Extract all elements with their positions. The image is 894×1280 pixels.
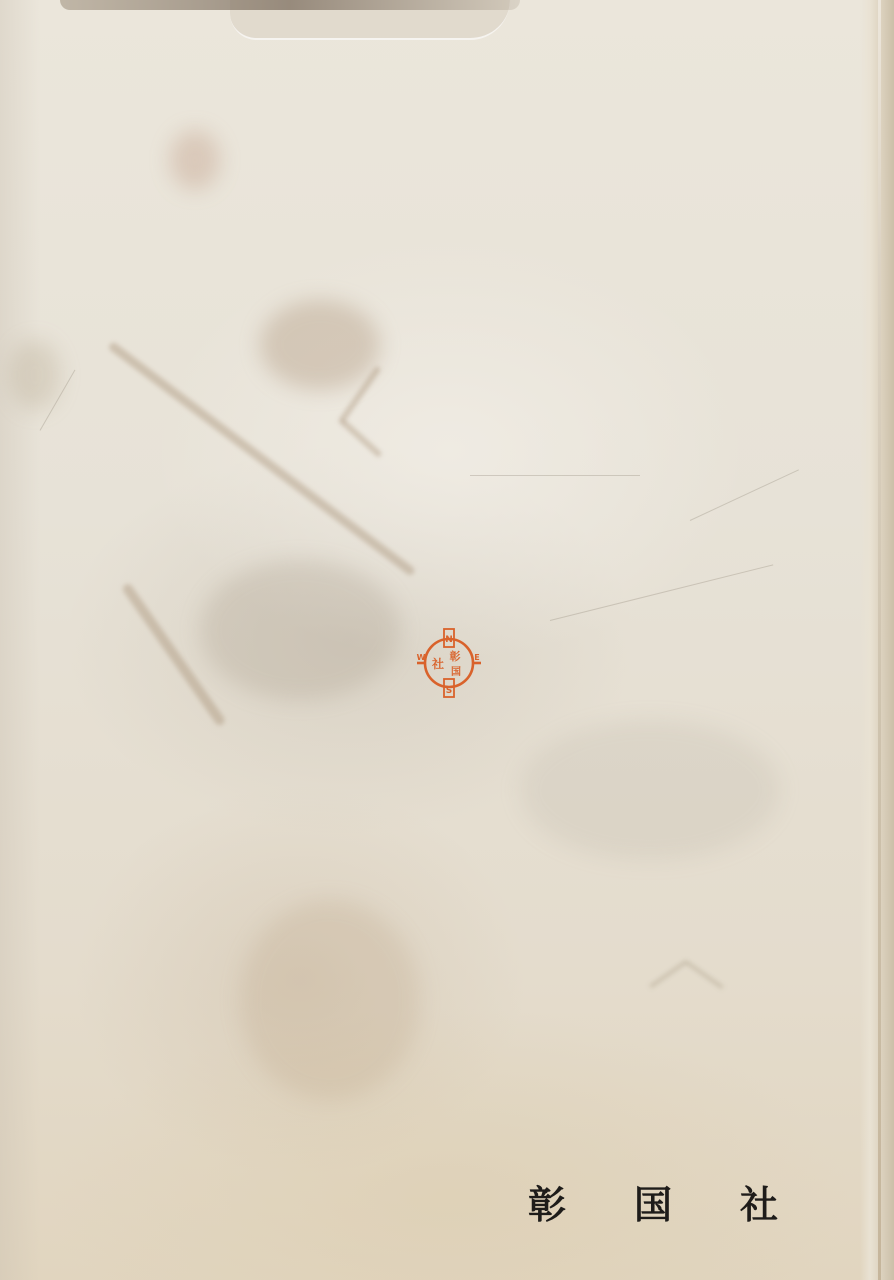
- emblem-char-sha: 社: [431, 656, 444, 671]
- arch-stain: [649, 960, 688, 989]
- emblem-char-koku: 国: [451, 665, 461, 678]
- stain-blotch: [170, 130, 220, 190]
- compass-west: W: [417, 653, 426, 662]
- torn-top-edge: [60, 0, 520, 10]
- stain-blotch: [260, 300, 380, 390]
- publisher-char-1: 彰: [528, 1186, 566, 1224]
- scratch-mark: [470, 475, 640, 476]
- stain-blotch: [10, 340, 60, 410]
- spine-edge: [860, 0, 894, 1280]
- scratch-mark: [550, 564, 773, 621]
- arch-stain: [685, 960, 724, 989]
- compass-east: E: [474, 653, 479, 662]
- compass-south: S: [446, 686, 452, 696]
- scratch-mark: [690, 469, 799, 521]
- stain-blotch: [200, 560, 400, 700]
- spine-fold-line: [878, 0, 881, 1280]
- publisher-emblem: N S E W 社 彰 国: [413, 627, 485, 699]
- book-back-cover: N S E W 社 彰 国 彰 国 社: [0, 0, 894, 1280]
- left-edge-shading: [0, 0, 40, 1280]
- emblem-char-sho: 彰: [450, 649, 461, 663]
- publisher-char-3: 社: [740, 1186, 778, 1224]
- publisher-name: 彰 国 社: [528, 1180, 778, 1230]
- compass-seal-icon: N S E W 社 彰 国: [413, 627, 485, 699]
- compass-north: N: [445, 635, 453, 645]
- chevron-stain: [340, 419, 383, 458]
- stain-blotch: [520, 720, 780, 860]
- stain-blotch: [240, 900, 420, 1100]
- publisher-char-2: 国: [634, 1186, 672, 1224]
